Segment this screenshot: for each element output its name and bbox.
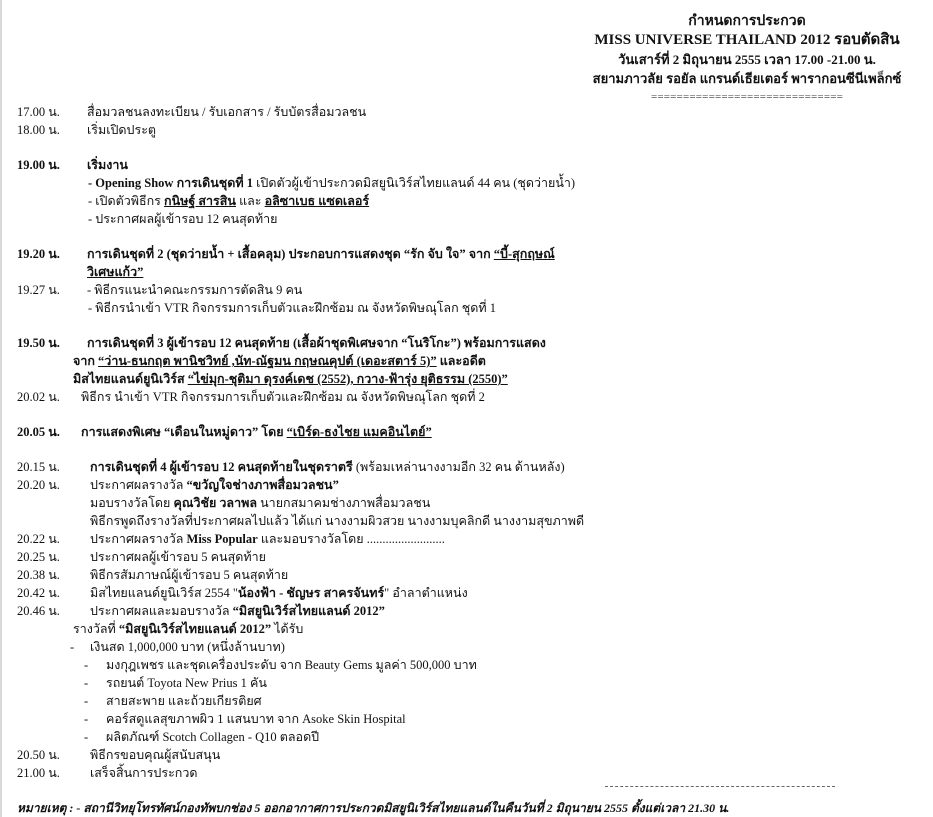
prize-item: -คอร์สดูแลสุขภาพผิว 1 แสนบาท จาก Asoke S… <box>84 711 406 727</box>
opening-show-line: - Opening Show การเดินชุดที่ 1 เปิดตัวผู… <box>88 175 575 191</box>
schedule-item-2038: 20.38 น.พิธีกรสัมภาษณ์ผู้เข้ารอบ 5 คนสุด… <box>17 567 288 583</box>
schedule-item-1920: 19.20 น.การเดินชุดที่ 2 (ชุดว่ายน้ำ + เส… <box>17 246 555 262</box>
schedule-item-1700: 17.00 น.สื่อมวลชนลงทะเบียน / รับเอกสาร /… <box>17 104 366 120</box>
broadcast-note: หมายเหตุ : - สถานีวิทยุโทรทัศน์กองทัพบกช… <box>17 799 729 817</box>
walk3-line-3: มิสไทยแลนด์ยูนิเวิร์ส “ไข่มุก-ชุติมา ดุร… <box>73 371 508 387</box>
award-presenter-line: มอบรางวัลโดย คุณวิชัย วลาพล นายกสมาคมช่า… <box>90 495 430 511</box>
schedule-item-2042: 20.42 น.มิสไทยแลนด์ยูนิเวิร์ส 2554 "น้อง… <box>17 585 468 601</box>
schedule-item-2002: 20.02 น.พิธีกร นำเข้า VTR กิจกรรมการเก็บ… <box>17 389 485 405</box>
hosts-line: - เปิดตัวพิธีกร กนิษฐ์ สารสิน และ อลิซาเ… <box>88 193 369 209</box>
performer-continued: วิเศษแก้ว” <box>87 264 143 280</box>
schedule-item-2005: 20.05 น.การแสดงพิเศษ “เดือนในหมู่ดาว” โด… <box>17 424 432 440</box>
header-separator: ============================== <box>560 88 933 107</box>
previous-awards-line: พิธีกรพูดถึงรางวัลที่ประกาศผลไปแล้ว ได้แ… <box>90 513 584 529</box>
event-name: MISS UNIVERSE THAILAND 2012 รอบตัดสิน <box>560 31 933 50</box>
walk3-line-2: จาก “ว่าน-ธนกฤต พานิชวิทย์ ,นัท-ณัฐมน กฤ… <box>73 353 486 369</box>
event-datetime: วันเสาร์ที่ 2 มิถุนายน 2555 เวลา 17.00 -… <box>560 50 933 69</box>
prize-heading: รางวัลที่ “มิสยูนิเวิร์สไทยแลนด์ 2012” ไ… <box>73 621 303 637</box>
document-header: กำหนดการประกวด MISS UNIVERSE THAILAND 20… <box>560 12 933 107</box>
prize-item: -ผลิตภัณฑ์ Scotch Collagen - Q10 ตลอดปี <box>84 729 319 745</box>
schedule-item-2020: 20.20 น.ประกาศผลรางวัล “ขวัญใจช่างภาพสื่… <box>17 477 339 493</box>
prize-cash: -เงินสด 1,000,000 บาท (หนึ่งล้านบาท) <box>70 639 285 655</box>
schedule-item-2046: 20.46 น.ประกาศผลและมอบรางวัล “มิสยูนิเวิ… <box>17 603 385 619</box>
host-name-2: อลิซาเบธ แซดเลอร์ <box>265 194 369 208</box>
schedule-item-1900: 19.00 น.เริ่มงาน <box>17 157 128 173</box>
page-left-edge <box>0 0 2 817</box>
top12-line: - ประกาศผลผู้เข้ารอบ 12 คนสุดท้าย <box>88 211 277 227</box>
schedule-item-2015: 20.15 น.การเดินชุดที่ 4 ผู้เข้ารอบ 12 คน… <box>17 459 565 475</box>
prize-item: -สายสะพาย และถ้วยเกียรติยศ <box>84 693 262 709</box>
schedule-item-2050: 20.50 น.พิธีกรขอบคุณผู้สนับสนุน <box>17 747 220 763</box>
schedule-item-1800: 18.00 น.เริ่มเปิดประตู <box>17 122 156 138</box>
prize-item: -รถยนต์ Toyota New Prius 1 คัน <box>84 675 267 691</box>
host-name-1: กนิษฐ์ สารสิน <box>164 194 236 208</box>
schedule-item-2025: 20.25 น.ประกาศผลผู้เข้ารอบ 5 คนสุดท้าย <box>17 549 266 565</box>
vtr-1-line: - พิธีกรนำเข้า VTR กิจกรรมการเก็บตัวและฝ… <box>88 300 496 316</box>
schedule-item-1950: 19.50 น.การเดินชุดที่ 3 ผู้เข้ารอบ 12 คน… <box>17 335 546 351</box>
schedule-item-1927: 19.27 น.- พิธีกรแนะนำคณะกรรมการตัดสิน 9 … <box>17 282 302 298</box>
doc-title: กำหนดการประกวด <box>560 12 933 31</box>
signature-line <box>605 786 835 787</box>
schedule-item-2100: 21.00 น.เสร็จสิ้นการประกวด <box>17 765 197 781</box>
event-venue: สยามภาวลัย รอยัล แกรนด์เธียเตอร์ พารากอน… <box>560 69 933 88</box>
prize-item: -มงกุฎเพชร และชุดเครื่องประดับ จาก Beaut… <box>84 657 477 673</box>
schedule-item-2022: 20.22 น.ประกาศผลรางวัล Miss Popular และม… <box>17 531 445 547</box>
